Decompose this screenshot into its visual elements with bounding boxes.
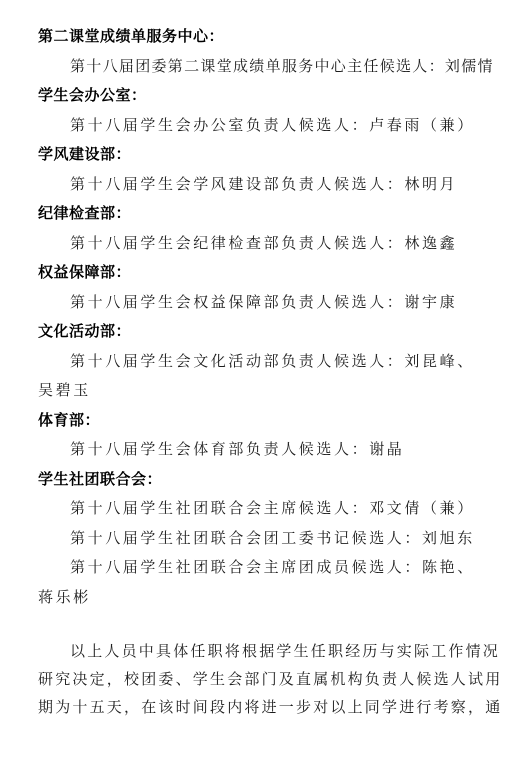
section-heading: 第二课堂成绩单服务中心：: [38, 23, 500, 53]
section-study-style-dept: 学风建设部： 第十八届学生会学风建设部负责人候选人：林明月: [38, 141, 500, 200]
section-second-classroom-center: 第二课堂成绩单服务中心： 第十八届团委第二课堂成绩单服务中心主任候选人：刘儒情: [38, 23, 500, 82]
section-heading: 学生会办公室：: [38, 82, 500, 112]
section-heading: 学风建设部：: [38, 141, 500, 171]
candidate-line: 第十八届学生社团联合会团工委书记候选人：刘旭东: [38, 525, 500, 555]
paragraph-line: 以上人员中具体任职将根据学生任职经历与实际工作情况: [38, 638, 500, 666]
paragraph-line: 研究决定，校团委、学生会部门及直属机构负责人候选人试用: [38, 666, 500, 694]
paragraph-line: 期为十五天，在该时间段内将进一步对以上同学进行考察，通: [38, 694, 500, 722]
candidate-line: 第十八届学生会文化活动部负责人候选人：刘昆峰、: [38, 348, 500, 378]
section-sports-dept: 体育部： 第十八届学生会体育部负责人候选人：谢晶: [38, 407, 500, 466]
candidate-line-continuation: 蒋乐彬: [38, 584, 500, 614]
closing-paragraph: 以上人员中具体任职将根据学生任职经历与实际工作情况 研究决定，校团委、学生会部门…: [38, 638, 500, 722]
section-cultural-activities-dept: 文化活动部： 第十八届学生会文化活动部负责人候选人：刘昆峰、 吴碧玉: [38, 318, 500, 407]
candidate-line: 第十八届学生会纪律检查部负责人候选人：林逸鑫: [38, 230, 500, 260]
section-student-union-office: 学生会办公室： 第十八届学生会办公室负责人候选人：卢春雨（兼）: [38, 82, 500, 141]
candidate-line: 第十八届学生会权益保障部负责人候选人：谢宇康: [38, 289, 500, 319]
candidate-line: 第十八届团委第二课堂成绩单服务中心主任候选人：刘儒情: [38, 53, 500, 83]
candidate-line: 第十八届学生社团联合会主席团成员候选人：陈艳、: [38, 554, 500, 584]
section-rights-protection-dept: 权益保障部： 第十八届学生会权益保障部负责人候选人：谢宇康: [38, 259, 500, 318]
section-heading: 纪律检查部：: [38, 200, 500, 230]
candidate-line: 第十八届学生社团联合会主席候选人：邓文倩（兼）: [38, 495, 500, 525]
section-student-societies-federation: 学生社团联合会： 第十八届学生社团联合会主席候选人：邓文倩（兼） 第十八届学生社…: [38, 466, 500, 614]
section-heading: 学生社团联合会：: [38, 466, 500, 496]
candidate-line: 第十八届学生会学风建设部负责人候选人：林明月: [38, 171, 500, 201]
candidate-line: 第十八届学生会体育部负责人候选人：谢晶: [38, 436, 500, 466]
document-page: 第二课堂成绩单服务中心： 第十八届团委第二课堂成绩单服务中心主任候选人：刘儒情 …: [0, 0, 516, 761]
candidate-line: 第十八届学生会办公室负责人候选人：卢春雨（兼）: [38, 112, 500, 142]
section-heading: 权益保障部：: [38, 259, 500, 289]
section-discipline-inspection-dept: 纪律检查部： 第十八届学生会纪律检查部负责人候选人：林逸鑫: [38, 200, 500, 259]
section-heading: 体育部：: [38, 407, 500, 437]
candidate-line-continuation: 吴碧玉: [38, 377, 500, 407]
section-heading: 文化活动部：: [38, 318, 500, 348]
